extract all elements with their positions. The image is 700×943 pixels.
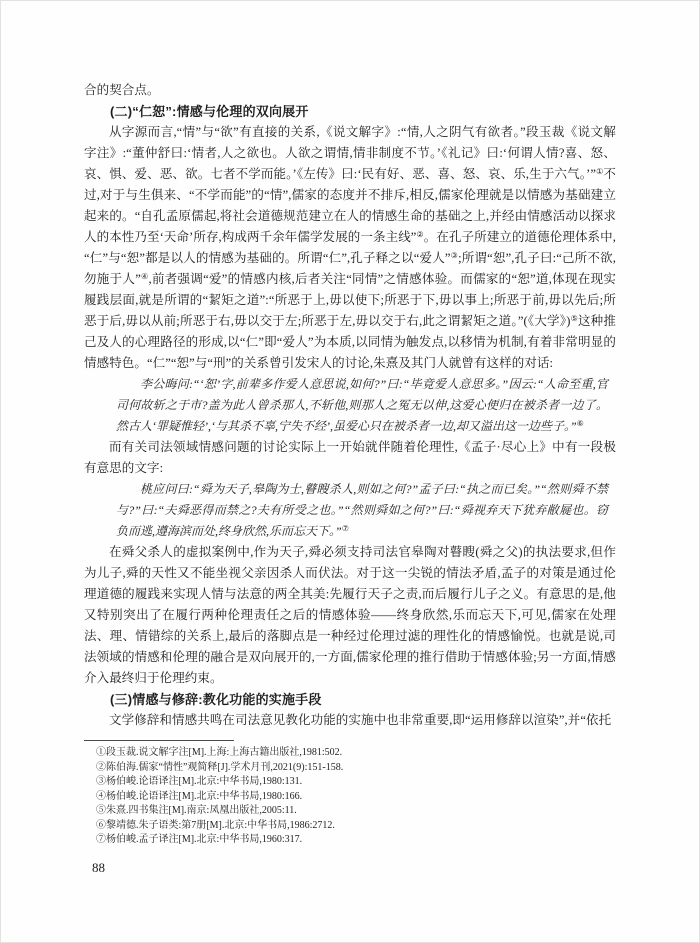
paragraph-1: 从字源而言,“情”与“欲”有直接的关系,《说文解字》:“情,人之阴气有欲者。”段…: [84, 122, 616, 374]
leading-paragraph-fragment: 合的契合点。: [84, 80, 616, 101]
footnote-item: ④杨伯峻.论语译注[M].北京:中华书局,1980:166.: [96, 790, 616, 805]
footnote-item: ⑤朱熹.四书集注[M].南京:凤凰出版社,2005:11.: [96, 804, 616, 819]
paragraph-4: 文学修辞和情感共鸣在司法意见教化功能的实施中也非常重要,即“运用修辞以渲染”,并…: [84, 710, 616, 731]
footnote-item: ⑦杨伯峻.孟子译注[M].北京:中华书局,1960:317.: [96, 833, 616, 848]
document-page: 合的契合点。 (二)“仁恕”:情感与伦理的双向展开 从字源而言,“情”与“欲”有…: [0, 0, 700, 943]
quote-mencius-dialogue: 桃应问曰:“舜为天子,皋陶为士,瞽瞍杀人,则如之何?”孟子曰:“执之而已矣。”“…: [116, 479, 608, 542]
page-number: 88: [92, 860, 105, 876]
footnote-item: ③杨伯峻.论语译注[M].北京:中华书局,1980:131.: [96, 775, 616, 790]
footnote-item: ①段玉裁.说文解字注[M].上海:上海古籍出版社,1981:502.: [96, 746, 616, 761]
section-heading-3: (三)情感与修辞:教化功能的实施手段: [84, 689, 616, 710]
footnotes: ①段玉裁.说文解字注[M].上海:上海古籍出版社,1981:502. ②陈伯海.…: [84, 746, 616, 848]
footnote-item: ⑥黎靖德.朱子语类:第7册[M].北京:中华书局,1986:2712.: [96, 819, 616, 834]
footnote-divider: [84, 740, 234, 741]
paragraph-3: 在舜父杀人的虚拟案例中,作为天子,舜必须支持司法官皋陶对瞽瞍(舜之父)的执法要求…: [84, 542, 616, 689]
quote-zhuzi-dialogue: 李公晦问:“‘恕’字,前辈多作爱人意思说,如何?”曰:“毕竟爱人意思多。”因云:…: [116, 374, 608, 437]
footnote-item: ②陈伯海.儒家“情性”观简释[J].学术月刊,2021(9):151-158.: [96, 761, 616, 776]
section-heading-2: (二)“仁恕”:情感与伦理的双向展开: [84, 101, 616, 122]
text-column: 合的契合点。 (二)“仁恕”:情感与伦理的双向展开 从字源而言,“情”与“欲”有…: [84, 80, 616, 848]
paragraph-2: 而有关司法领域情感问题的讨论实际上一开始就伴随着伦理性,《孟子·尽心上》中有一段…: [84, 437, 616, 479]
